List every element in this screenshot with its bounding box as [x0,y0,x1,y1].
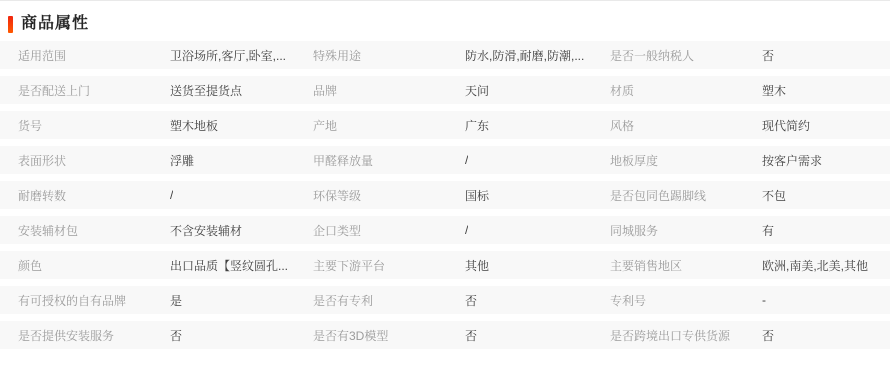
attribute-label: 颜色 [0,257,170,274]
attribute-label: 耐磨转数 [0,187,170,204]
attribute-label: 是否提供安装服务 [0,327,170,344]
attribute-label: 是否一般纳税人 [592,47,762,64]
attribute-label: 环保等级 [295,187,465,204]
attribute-label: 安装辅材包 [0,222,170,239]
attribute-cell: 是否有专利否 [295,286,592,314]
attribute-label: 企口类型 [295,222,465,239]
attribute-label: 是否包同色踢脚线 [592,187,762,204]
attribute-value: 国标 [465,187,489,204]
attribute-value: 不包 [762,187,786,204]
attribute-cell: 是否一般纳税人否 [592,41,890,69]
attribute-cell: 是否包同色踢脚线不包 [592,181,890,209]
attribute-label: 表面形状 [0,152,170,169]
attribute-label: 适用范围 [0,47,170,64]
attribute-value: 防水,防滑,耐磨,防潮,... [465,47,584,64]
attribute-cell: 是否有3D模型否 [295,321,592,349]
title-accent-bar-icon [8,16,13,33]
attribute-cell: 专利号- [592,286,890,314]
attribute-label: 特殊用途 [295,47,465,64]
attributes-table: 适用范围卫浴场所,客厅,卧室,...特殊用途防水,防滑,耐磨,防潮,...是否一… [0,41,890,349]
attribute-value: 否 [465,292,477,309]
attribute-value: 按客户需求 [762,152,822,169]
attribute-row: 适用范围卫浴场所,客厅,卧室,...特殊用途防水,防滑,耐磨,防潮,...是否一… [0,41,890,69]
attribute-value: 卫浴场所,客厅,卧室,... [170,47,286,64]
attribute-row: 是否配送上门送货至提货点品牌天问材质塑木 [0,76,890,104]
attribute-value: - [762,293,766,307]
attribute-value: 现代简约 [762,117,810,134]
attribute-value: 广东 [465,117,489,134]
attribute-row: 有可授权的自有品牌是是否有专利否专利号- [0,286,890,314]
attribute-value: 浮雕 [170,152,194,169]
attribute-cell: 货号塑木地板 [0,111,295,139]
attribute-cell: 安装辅材包不含安装辅材 [0,216,295,244]
attribute-label: 有可授权的自有品牌 [0,292,170,309]
attribute-value: 否 [465,327,477,344]
attribute-row: 耐磨转数/环保等级国标是否包同色踢脚线不包 [0,181,890,209]
attribute-label: 产地 [295,117,465,134]
attribute-cell: 特殊用途防水,防滑,耐磨,防潮,... [295,41,592,69]
attribute-value: 否 [762,327,774,344]
attribute-cell: 是否提供安装服务否 [0,321,295,349]
attribute-label: 风格 [592,117,762,134]
attribute-label: 主要下游平台 [295,257,465,274]
attribute-value: 否 [762,47,774,64]
attribute-cell: 适用范围卫浴场所,客厅,卧室,... [0,41,295,69]
attribute-cell: 主要销售地区欧洲,南美,北美,其他 [592,251,890,279]
attribute-row: 是否提供安装服务否是否有3D模型否是否跨境出口专供货源否 [0,321,890,349]
attribute-value: 不含安装辅材 [170,222,242,239]
attribute-value: 欧洲,南美,北美,其他 [762,257,868,274]
attribute-value: / [465,223,468,237]
product-attributes-section: 商品属性 适用范围卫浴场所,客厅,卧室,...特殊用途防水,防滑,耐磨,防潮,.… [0,0,890,371]
attribute-row: 货号塑木地板产地广东风格现代简约 [0,111,890,139]
attribute-row: 颜色出口品质【竖纹圆孔...主要下游平台其他主要销售地区欧洲,南美,北美,其他 [0,251,890,279]
section-title: 商品属性 [21,14,89,34]
attribute-cell: 品牌天问 [295,76,592,104]
attribute-value: 天问 [465,82,489,99]
attribute-label: 是否有3D模型 [295,327,465,344]
attribute-value: 有 [762,222,774,239]
attribute-cell: 颜色出口品质【竖纹圆孔... [0,251,295,279]
attribute-value: 是 [170,292,182,309]
attribute-value: 否 [170,327,182,344]
attribute-cell: 是否配送上门送货至提货点 [0,76,295,104]
attribute-cell: 是否跨境出口专供货源否 [592,321,890,349]
attribute-cell: 环保等级国标 [295,181,592,209]
attribute-label: 同城服务 [592,222,762,239]
attribute-label: 专利号 [592,292,762,309]
attribute-value: / [170,188,173,202]
attribute-label: 地板厚度 [592,152,762,169]
attribute-cell: 风格现代简约 [592,111,890,139]
attribute-row: 安装辅材包不含安装辅材企口类型/同城服务有 [0,216,890,244]
attribute-cell: 耐磨转数/ [0,181,295,209]
attribute-value: 送货至提货点 [170,82,242,99]
attribute-cell: 表面形状浮雕 [0,146,295,174]
attribute-cell: 企口类型/ [295,216,592,244]
attribute-label: 货号 [0,117,170,134]
attribute-label: 品牌 [295,82,465,99]
attribute-cell: 甲醛释放量/ [295,146,592,174]
attribute-value: / [465,153,468,167]
attribute-value: 塑木 [762,82,786,99]
attribute-cell: 材质塑木 [592,76,890,104]
attribute-cell: 同城服务有 [592,216,890,244]
attribute-cell: 产地广东 [295,111,592,139]
attribute-value: 其他 [465,257,489,274]
attribute-cell: 主要下游平台其他 [295,251,592,279]
attribute-label: 是否配送上门 [0,82,170,99]
attribute-label: 主要销售地区 [592,257,762,274]
attribute-label: 甲醛释放量 [295,152,465,169]
attribute-value: 塑木地板 [170,117,218,134]
attribute-cell: 有可授权的自有品牌是 [0,286,295,314]
attribute-row: 表面形状浮雕甲醛释放量/地板厚度按客户需求 [0,146,890,174]
section-header: 商品属性 [0,1,890,39]
attribute-cell: 地板厚度按客户需求 [592,146,890,174]
attribute-label: 是否跨境出口专供货源 [592,327,762,344]
attribute-label: 材质 [592,82,762,99]
attribute-label: 是否有专利 [295,292,465,309]
attribute-value: 出口品质【竖纹圆孔... [170,257,288,274]
